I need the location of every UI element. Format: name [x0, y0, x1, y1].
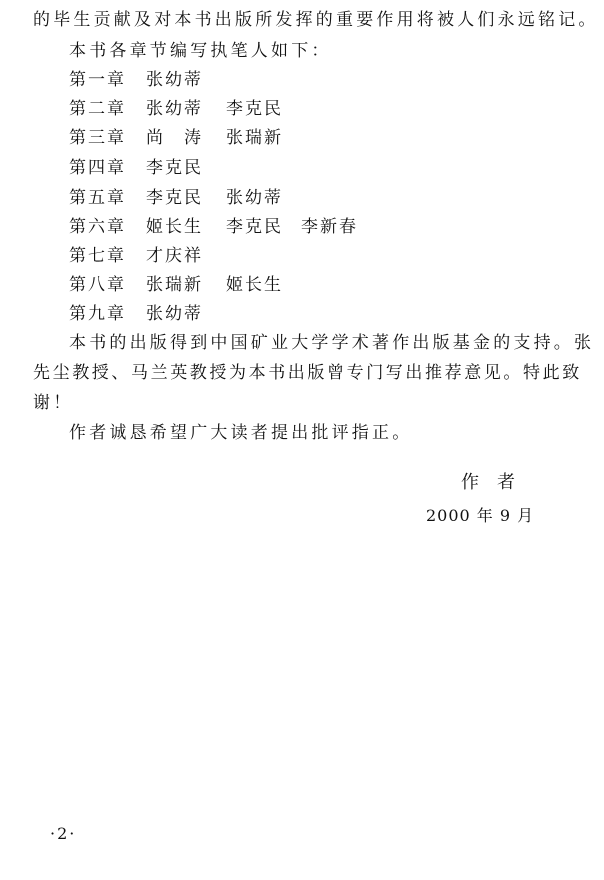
- chapter-author: 张幼蒂: [146, 69, 203, 91]
- acknowledgement-line-2: 先尘教授、马兰英教授为本书出版曾专门写出推荐意见。特此致: [33, 362, 582, 384]
- signature-date: 2000 年 9 月: [426, 505, 534, 527]
- paragraph-continuation: 的毕生贡献及对本书出版所发挥的重要作用将被人们永远铭记。: [33, 9, 599, 31]
- acknowledgement-line-1: 本书的出版得到中国矿业大学学术著作出版基金的支持。张: [69, 332, 594, 354]
- chapter-author: 才庆祥: [146, 245, 203, 267]
- authors-intro: 本书各章节编写执笔人如下：: [69, 40, 332, 62]
- chapter-label: 第四章: [69, 157, 126, 179]
- chapter-author: 李克民: [146, 187, 203, 209]
- chapter-label: 第三章: [69, 127, 126, 149]
- page-number: ·2·: [50, 823, 76, 845]
- closing-request: 作者诚恳希望广大读者提出批评指正。: [69, 422, 412, 444]
- chapter-author: 李克民: [226, 216, 283, 238]
- chapter-label: 第二章: [69, 98, 126, 120]
- chapter-author: 张幼蒂: [146, 98, 203, 120]
- chapter-label: 第五章: [69, 187, 126, 209]
- chapter-label: 第八章: [69, 274, 126, 296]
- chapter-author: 张幼蒂: [146, 303, 203, 325]
- chapter-author: 尚 涛: [146, 127, 203, 149]
- chapter-author: 张瑞新: [146, 274, 203, 296]
- chapter-author: 张瑞新: [226, 127, 283, 149]
- signature-author: 作者: [461, 472, 533, 494]
- acknowledgement-line-3: 谢！: [33, 392, 73, 414]
- chapter-author: 张幼蒂: [226, 187, 283, 209]
- chapter-author: 李新春: [301, 216, 358, 238]
- chapter-author: 李克民: [146, 157, 203, 179]
- chapter-label: 第六章: [69, 216, 126, 238]
- chapter-author: 姬长生: [226, 274, 283, 296]
- chapter-label: 第九章: [69, 303, 126, 325]
- chapter-author: 姬长生: [146, 216, 203, 238]
- chapter-label: 第七章: [69, 245, 126, 267]
- chapter-label: 第一章: [69, 69, 126, 91]
- chapter-author: 李克民: [226, 98, 283, 120]
